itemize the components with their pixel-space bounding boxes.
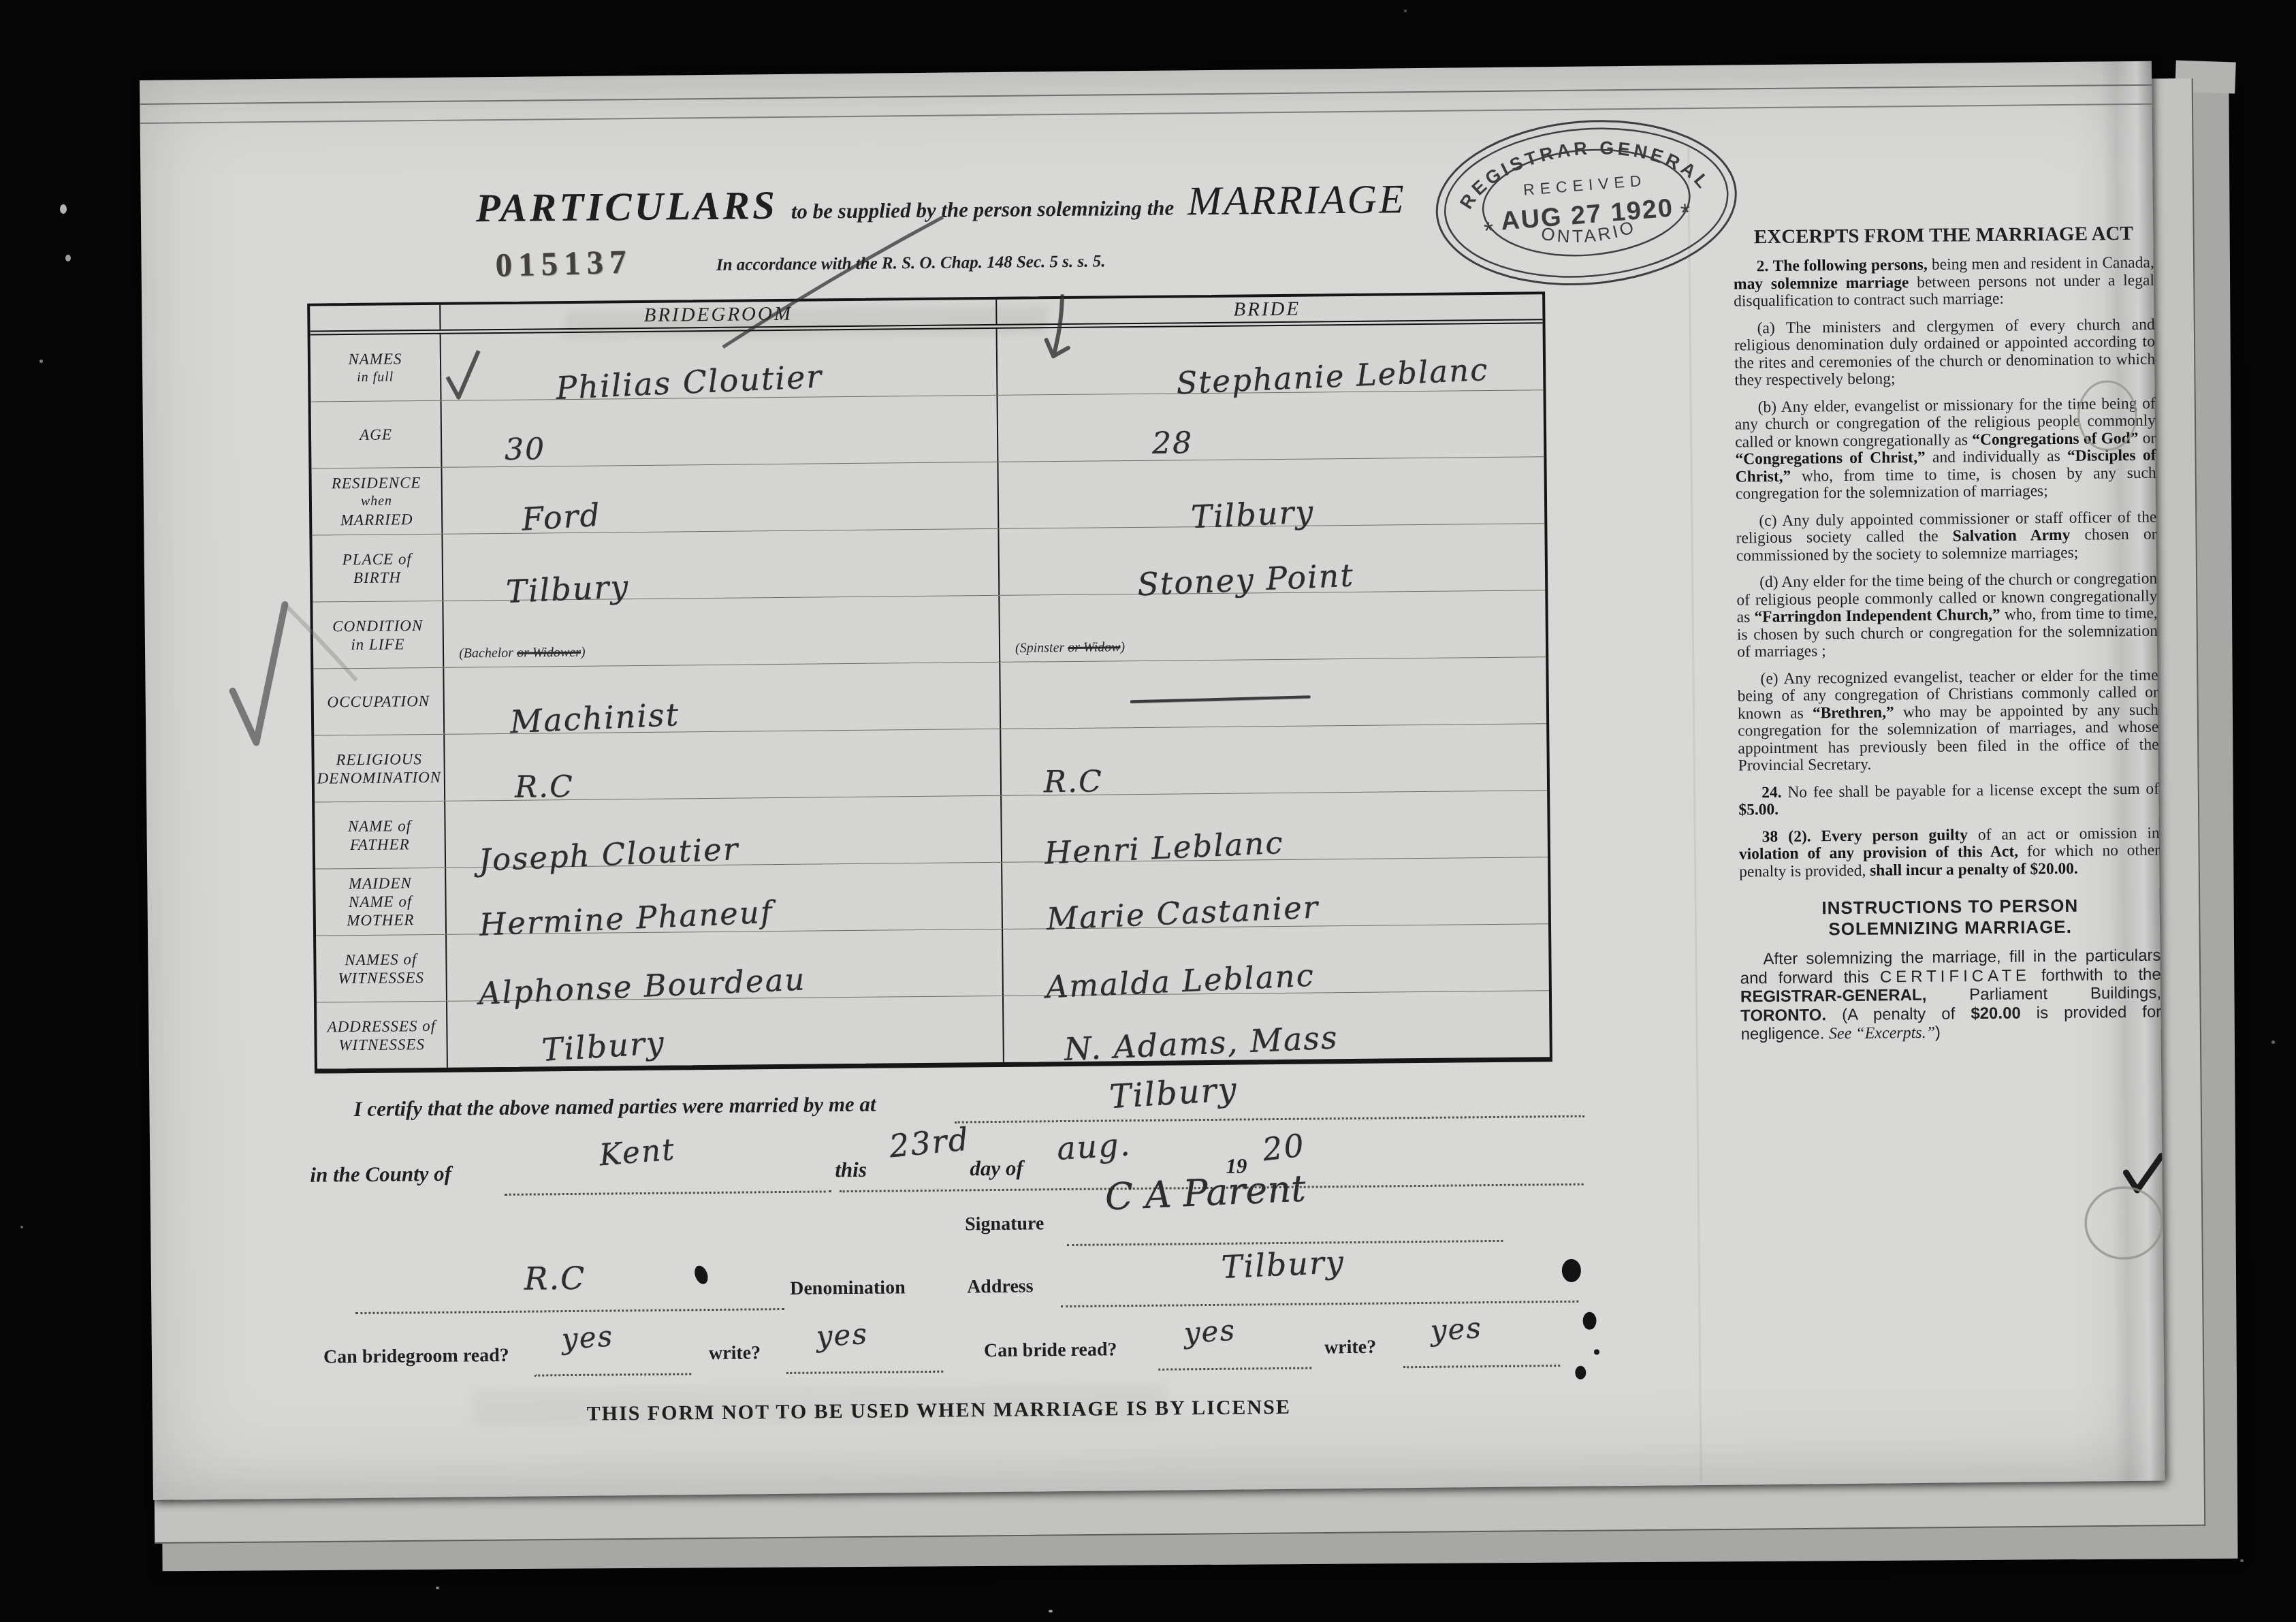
ink-blot: [1582, 1312, 1596, 1330]
row-label-line: ADDRESSES of: [327, 1016, 436, 1036]
page-top-edge-line: [140, 104, 2152, 124]
row-label-line: when: [361, 492, 392, 510]
groom-residence-value: Ford: [521, 499, 602, 535]
excerpt-paragraph: (a) The ministers and clergymen of every…: [1734, 316, 2155, 389]
margin-check-mark: [232, 605, 286, 743]
bride-age-value: 28: [1152, 428, 1193, 459]
married-at-value: Tilbury: [1109, 1073, 1239, 1114]
groom-occupation-value: Machinist: [509, 699, 680, 737]
row-label-line: CONDITION: [332, 616, 423, 635]
bride-cell: Henri Leblanc: [1002, 791, 1542, 862]
condition-text: (Bachelor: [459, 646, 517, 661]
no-occupation-dash: [1130, 695, 1311, 703]
county-label: in the County of: [310, 1162, 451, 1188]
condition-note-bride: (Spinster or Widow): [1015, 639, 1125, 656]
table-row-condition: CONDITION in LIFE (Bachelor or Widower) …: [313, 590, 1546, 669]
scanned-marriage-form: PARTICULARS to be supplied by the person…: [0, 0, 2296, 1622]
condition-struck-text: or Widow: [1068, 639, 1120, 655]
table-row-religion: RELIGIOUS DENOMINATION R.C R.C: [314, 724, 1547, 802]
fill-line: [535, 1373, 691, 1376]
table-row-birthplace: PLACE of BIRTH Tilbury Stoney Point: [312, 524, 1545, 602]
address-value: Tilbury: [1221, 1246, 1345, 1283]
form-serial-number: 015137: [495, 242, 633, 284]
groom-cell: Alphonse Bourdeau: [447, 929, 1004, 1001]
row-label-line: MAIDEN: [349, 874, 412, 893]
row-label-line: PLACE of: [342, 550, 412, 569]
groom-read-label: Can bridegroom read?: [323, 1345, 509, 1369]
denomination-label: Denomination: [790, 1277, 906, 1300]
row-label-line: RESIDENCE: [332, 473, 421, 492]
dust-speck: [2240, 1559, 2244, 1562]
groom-cell: Tilbury: [443, 529, 1000, 601]
this-label: this: [835, 1158, 867, 1182]
page-top-edge-line: [140, 84, 2152, 105]
bride-cell: Stephanie Leblanc: [998, 323, 1538, 395]
header-bridegroom-label: BRIDEGROOM: [643, 302, 793, 326]
groom-write-value: yes: [816, 1320, 870, 1352]
day-of-label: day of: [970, 1156, 1023, 1181]
groom-witness-address-value: Tilbury: [541, 1027, 666, 1066]
year-value: 20: [1261, 1130, 1307, 1166]
bride-cell: Stoney Point: [999, 524, 1540, 595]
row-label-line: BIRTH: [353, 568, 401, 587]
instructions-body: After solemnizing the marriage, fill in …: [1740, 947, 2161, 1045]
row-label-line: WITNESSES: [338, 1035, 425, 1054]
dust-speck: [1049, 1610, 1053, 1612]
header-bride-label: BRIDE: [1233, 298, 1301, 321]
fill-line: [1061, 1301, 1578, 1307]
table-row-residence: RESIDENCE when MARRIED Ford Tilbury: [311, 457, 1544, 535]
dust-speck: [1404, 10, 1407, 12]
fill-line: [355, 1308, 784, 1314]
condition-struck-text: or Widower: [517, 645, 581, 661]
groom-cell: R.C: [445, 729, 1002, 801]
condition-text: ): [1120, 639, 1125, 654]
row-label-line: OCCUPATION: [327, 692, 430, 711]
title-tail: MARRIAGE: [1187, 176, 1406, 225]
stamp-received-text: RECEIVED: [1522, 172, 1647, 199]
condition-note-groom: (Bachelor or Widower): [459, 645, 586, 662]
header-bridegroom: BRIDEGROOM: [441, 300, 997, 330]
bride-cell: Amalda Leblanc: [1003, 924, 1544, 996]
bride-read-value: yes: [1183, 1316, 1237, 1348]
row-label-line: WITNESSES: [338, 968, 424, 987]
dust-speck: [436, 1587, 439, 1589]
groom-cell: 30: [442, 396, 999, 467]
excerpts-column: EXCERPTS FROM THE MARRIAGE ACT 2. The fo…: [1733, 222, 2162, 1061]
row-label-line: NAMES of: [345, 950, 417, 969]
bride-religion-value: R.C: [1044, 767, 1103, 797]
denomination-value: R.C: [524, 1262, 586, 1294]
excerpt-paragraph: 24. No fee shall be payable for a licens…: [1738, 780, 2159, 819]
table-row-witness-addresses: ADDRESSES of WITNESSES Tilbury N. Adams,…: [317, 991, 1550, 1068]
groom-cell: Machinist: [444, 663, 1001, 734]
header-bride: BRIDE: [997, 294, 1537, 324]
excerpt-paragraph: (b) Any elder, evangelist or missionary …: [1735, 395, 2156, 503]
bride-cell: [1000, 657, 1541, 729]
fill-line: [786, 1371, 943, 1374]
bride-cell: N. Adams, Mass: [1004, 991, 1544, 1062]
groom-read-value: yes: [561, 1322, 615, 1354]
excerpt-paragraph: (c) Any duly appointed commissioner or s…: [1736, 509, 2157, 564]
condition-text: ): [581, 645, 586, 660]
groom-write-label: write?: [709, 1342, 761, 1365]
excerpt-paragraph: (e) Any recognized evangelist, teacher o…: [1737, 667, 2158, 775]
row-label-line: MARRIED: [340, 510, 413, 529]
ink-blot: [1594, 1350, 1599, 1355]
fill-line: [1403, 1365, 1560, 1368]
excerpt-paragraph: (d) Any elder for the time being of the …: [1736, 571, 2158, 661]
signature-value: C A Parent: [1104, 1171, 1307, 1216]
ink-blot: [1562, 1259, 1581, 1282]
groom-cell: (Bachelor or Widower): [443, 596, 1000, 667]
row-label-line: NAME of: [349, 892, 413, 911]
stamp-asterisk-left: *: [1483, 217, 1495, 245]
form-subtitle: In accordance with the R. S. O. Chap. 14…: [571, 251, 1251, 276]
table-row-witnesses: NAMES of WITNESSES Alphonse Bourdeau Ama…: [316, 924, 1549, 1002]
bride-cell: (Spinster or Widow): [1000, 590, 1540, 662]
paper-crease: [1687, 147, 1702, 1482]
table-row-occupation: OCCUPATION Machinist: [313, 657, 1546, 735]
table-row-father: NAME of FATHER Joseph Cloutier Henri Leb…: [315, 791, 1548, 869]
groom-age-value: 30: [505, 434, 545, 465]
table-row-names: NAMES in full Philias Cloutier Stephanie…: [310, 323, 1544, 402]
groom-cell: Hermine Phaneuf: [446, 863, 1003, 934]
bride-write-label: write?: [1324, 1337, 1376, 1359]
row-label-line: FATHER: [350, 835, 410, 854]
bride-cell: Marie Castanier: [1002, 857, 1543, 929]
signature-label: Signature: [965, 1213, 1044, 1235]
dust-speck: [20, 1226, 23, 1228]
groom-cell: Ford: [442, 462, 999, 534]
fill-line: [1067, 1240, 1503, 1246]
particulars-table: BRIDEGROOM BRIDE NAMES in full Philias C…: [307, 291, 1552, 1073]
groom-cell: Philias Cloutier: [441, 329, 998, 400]
fill-line: [1158, 1367, 1311, 1371]
bride-write-value: yes: [1429, 1314, 1483, 1346]
condition-text: (Spinster: [1015, 640, 1068, 656]
bride-cell: 28: [998, 390, 1539, 462]
instructions-heading: INSTRUCTIONS TO PERSON SOLEMNIZING MARRI…: [1773, 895, 2128, 940]
certify-statement: I certify that the above named parties w…: [353, 1092, 876, 1122]
dust-speck: [65, 255, 71, 261]
title-lead: PARTICULARS: [476, 182, 778, 232]
fill-line: [955, 1115, 1584, 1124]
header-label-cell: [310, 305, 441, 331]
dust-speck: [39, 360, 43, 363]
row-label-line: NAME of: [348, 816, 412, 836]
ink-blot: [692, 1264, 711, 1286]
day-value: 23rd: [888, 1123, 971, 1162]
bride-read-label: Can bride read?: [984, 1339, 1117, 1362]
title-middle: to be supplied by the person solemnizing…: [791, 195, 1175, 223]
excerpts-heading: EXCERPTS FROM THE MARRIAGE ACT: [1753, 222, 2134, 249]
bride-cell: R.C: [1001, 724, 1542, 795]
row-label-line: in LIFE: [351, 635, 404, 654]
groom-cell: Tilbury: [447, 996, 1004, 1068]
row-label-line: AGE: [360, 425, 392, 443]
form-paper: PARTICULARS to be supplied by the person…: [140, 61, 2165, 1500]
row-label: NAMES in full: [310, 334, 442, 402]
row-label-line: MOTHER: [347, 910, 415, 929]
groom-cell: Joseph Cloutier: [445, 796, 1002, 868]
table-row-age: AGE 30 28: [311, 390, 1544, 468]
county-value: Kent: [599, 1135, 677, 1171]
groom-religion-value: R.C: [515, 772, 574, 803]
fill-line: [505, 1190, 831, 1196]
form-title: PARTICULARS to be supplied by the person…: [399, 175, 1482, 232]
excerpt-paragraph: 38 (2). Every person guilty of an act or…: [1739, 825, 2161, 880]
registrar-general-stamp: REGISTRAR GENERAL ONTARIO RECEIVED AUG 2…: [1420, 101, 1753, 304]
excerpt-paragraph: 2. The following persons, being men and …: [1734, 255, 2155, 311]
table-row-mother: MAIDEN NAME of MOTHER Hermine Phaneuf Ma…: [315, 857, 1548, 936]
row-label-line: DENOMINATION: [317, 767, 442, 787]
address-label: Address: [967, 1275, 1034, 1298]
row-label-line: in full: [357, 368, 394, 387]
bride-witness-address-value: N. Adams, Mass: [1064, 1021, 1339, 1065]
row-label-line: RELIGIOUS: [336, 750, 422, 769]
month-value: aug.: [1056, 1128, 1132, 1164]
ink-blot: [1575, 1366, 1586, 1380]
row-label-line: NAMES: [348, 349, 402, 368]
dust-speck: [2271, 1040, 2275, 1044]
dust-speck: [60, 204, 67, 214]
bride-cell: Tilbury: [998, 457, 1539, 528]
